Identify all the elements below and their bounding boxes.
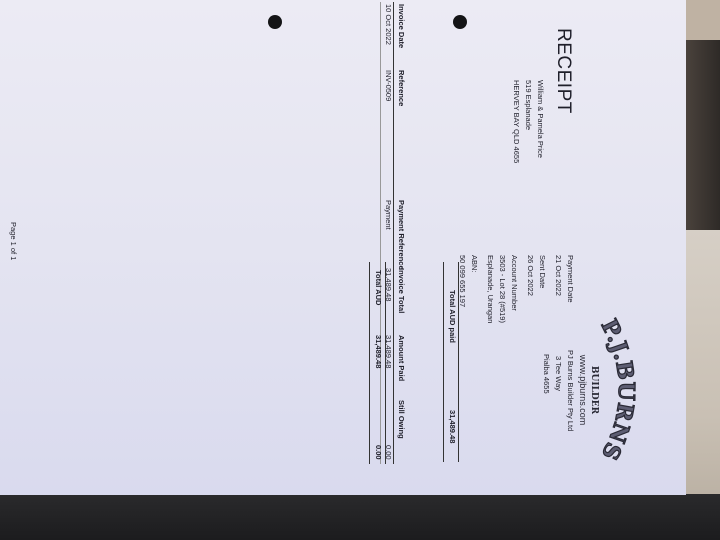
payment-details: Payment Date 21 Oct 2022 Sent Date 26 Oc…: [456, 255, 576, 323]
receipt-title: RECEIPT: [552, 28, 574, 114]
header-invoice-total: Invoice Total: [395, 268, 407, 313]
cell-payment-reference: Payment: [382, 200, 394, 230]
logo-website: www.pjburns.com: [578, 354, 588, 426]
customer-street: 519 Esplanade: [522, 80, 534, 163]
background-wall: [680, 0, 720, 40]
receipt-page: RECEIPT William & Pamela Price 519 Espla…: [0, 0, 686, 495]
payment-date: 21 Oct 2022: [552, 255, 564, 323]
table-total-rule: [385, 262, 386, 464]
table-total-rule-bottom: [369, 262, 370, 464]
table-total-amount-paid: 31,489.48: [372, 335, 384, 368]
sent-date: 26 Oct 2022: [524, 255, 536, 323]
customer-city: HERVEY BAY QLD 4655: [510, 80, 522, 163]
total-paid-rule-top: [458, 262, 459, 462]
company-name: PJ Burns Builder Pty Ltd: [564, 350, 576, 431]
abn-label: ABN:: [468, 255, 480, 323]
account-number-label: Account Number: [508, 255, 520, 323]
company-city: Pialba 4655: [540, 350, 552, 431]
total-paid-amount: 31,489.48: [446, 410, 458, 462]
logo-tagline: BUILDER: [589, 366, 599, 415]
header-invoice-date: Invoice Date: [395, 4, 407, 48]
header-still-owing: Still Owing: [395, 400, 407, 439]
page-number: Page 1 of 1: [7, 222, 19, 260]
company-street: 3 Tee Way: [552, 350, 564, 431]
customer-name: William & Pamela Price: [534, 80, 546, 163]
logo-brand: P.J.BURNS: [596, 315, 636, 465]
header-payment-reference: Payment Reference: [395, 200, 407, 270]
sent-date-label: Sent Date: [536, 255, 548, 323]
company-address: PJ Burns Builder Pty Ltd 3 Tee Way Pialb…: [540, 350, 576, 431]
customer-address: William & Pamela Price 519 Esplanade HER…: [510, 80, 546, 163]
cell-invoice-date: 10 Oct 2022: [382, 4, 394, 45]
pj-burns-logo: P.J.BURNS BUILDER www.pjburns.com: [576, 305, 636, 475]
header-amount-paid: Amount Paid: [395, 335, 407, 381]
header-reference: Reference: [395, 70, 407, 106]
table-total-label: Total AUD: [372, 270, 384, 305]
account-number: 3503 - Lot 28 (#519): [496, 255, 508, 323]
background-table-edge: [0, 494, 720, 540]
table-row-rule: [380, 2, 381, 464]
punch-hole: [268, 15, 282, 29]
punch-hole: [453, 15, 467, 29]
svg-text:P.J.BURNS: P.J.BURNS: [596, 315, 636, 465]
account-location: Esplanade, Urangan: [484, 255, 496, 323]
total-paid-rule-bottom: [443, 262, 444, 462]
total-paid-label: Total AUD paid: [446, 290, 458, 343]
payment-date-label: Payment Date: [564, 255, 576, 323]
table-total-still-owing: 0.00: [372, 445, 384, 460]
cell-reference: INV-0509: [382, 70, 394, 101]
